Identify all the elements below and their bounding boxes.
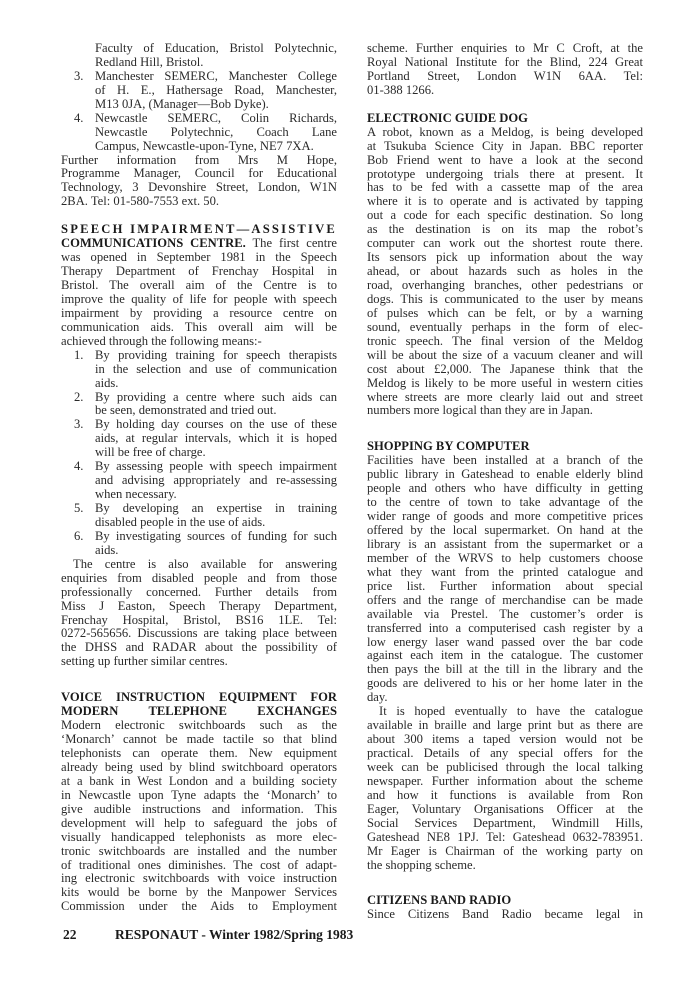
text-line: aids. xyxy=(61,544,337,558)
text-line: numbers more logical than they are in Ja… xyxy=(367,404,643,418)
text-line: Facilities have been installed at a bran… xyxy=(367,454,643,468)
text-fragment: The first centre xyxy=(246,236,337,250)
spacer xyxy=(61,669,337,691)
text-line: in Newcastle upon Tyne adapts the ‘Monar… xyxy=(61,789,337,803)
article-citizens-band-radio: CITIZENS BAND RADIO Since Citizens Band … xyxy=(367,894,643,922)
text-line: setting up further similar centres. xyxy=(61,655,337,669)
text-line: day. xyxy=(367,691,643,705)
text-line: Gateshead NE8 1PJ. Tel: Gateshead 0632-7… xyxy=(367,831,643,845)
text-line: By holding day courses on the use of the… xyxy=(61,418,337,432)
text-line: computer can work out the shortest route… xyxy=(367,237,643,251)
text-line: Social Services Department, Windmill Hil… xyxy=(367,817,643,831)
list-number: 4. xyxy=(74,112,83,126)
list-number: 3. xyxy=(74,70,83,84)
text-line: 2BA. Tel: 01-580-7553 ext. 50. xyxy=(61,195,337,209)
list-item: 1. By providing training for speech ther… xyxy=(61,349,337,391)
text-line: Royal National Institute for the Blind, … xyxy=(367,56,643,70)
text-line: will be about the size of a vacuum clean… xyxy=(367,349,643,363)
list-item: 5. By developing an expertise in trainin… xyxy=(61,502,337,530)
text-line: of H. E., Hathersage Road, Manchester, xyxy=(61,84,337,98)
text-line: kits would be borne by the Manpower Serv… xyxy=(61,886,337,900)
text-line: library is an assistant from the superma… xyxy=(367,538,643,552)
text-line: tronic speech. The final version of the … xyxy=(367,335,643,349)
text-line: COMMUNICATIONS CENTRE. The first centre xyxy=(61,237,337,251)
text-line: Since Citizens Band Radio became legal i… xyxy=(367,908,643,922)
text-line: at Tsukuba Science City in Japan. BBC re… xyxy=(367,140,643,154)
text-line: and how it functions is available from R… xyxy=(367,789,643,803)
article-heading: SPEECH IMPAIRMENT—ASSISTIVE xyxy=(61,223,337,237)
text-line: ‘Monarch’ cannot be made tactile so that… xyxy=(61,733,337,747)
list-number: 3. xyxy=(74,418,83,432)
text-line: 0272-565656. Discussions are taking plac… xyxy=(61,627,337,641)
text-line: offered by the local supermarket. On han… xyxy=(367,524,643,538)
text-line: The centre is also available for answeri… xyxy=(61,558,337,572)
text-line: Newcastle SEMERC, Colin Richards, xyxy=(61,112,337,126)
text-line: then pays the bill at the till in the li… xyxy=(367,663,643,677)
text-line: Portland Street, London W1N 6AA. Tel: xyxy=(367,70,643,84)
text-line: and advising appropriately and re-assess… xyxy=(61,474,337,488)
text-line: available in braille and large print but… xyxy=(367,719,643,733)
article-heading: CITIZENS BAND RADIO xyxy=(367,894,643,908)
list-item: 3. Manchester SEMERC, Manchester College… xyxy=(61,70,337,112)
text-line: Campus, Newcastle-upon-Tyne, NE7 7XA. xyxy=(61,140,337,154)
voice-instruction-continued: scheme. Further enquiries to Mr C Croft,… xyxy=(367,42,643,98)
text-line: Modern electronic switchboards such as t… xyxy=(61,719,337,733)
text-line: in the selection and use of communicatio… xyxy=(61,363,337,377)
article-heading: SHOPPING BY COMPUTER xyxy=(367,440,643,454)
text-line: where streets are more clearly laid out … xyxy=(367,391,643,405)
text-line: has to be fed with a cassette map of the… xyxy=(367,181,643,195)
text-line: people and others who have difficulty in… xyxy=(367,482,643,496)
text-line: Further information from Mrs M Hope, xyxy=(61,154,337,168)
text-line: offers and the range of merchandise can … xyxy=(367,594,643,608)
spacer xyxy=(367,418,643,440)
text-line: practical. Details of any special offers… xyxy=(367,747,643,761)
text-line: impairment by providing a resource centr… xyxy=(61,307,337,321)
text-line: member of the WRVS to help customers cho… xyxy=(367,552,643,566)
text-line: By investigating sources of funding for … xyxy=(61,530,337,544)
list-number: 2. xyxy=(74,391,83,405)
article-heading: ELECTRONIC GUIDE DOG xyxy=(367,112,643,126)
text-line: give audible instructions and informatio… xyxy=(61,803,337,817)
text-line: the shopping scheme. xyxy=(367,859,643,873)
list-item: 4. By assessing people with speech impai… xyxy=(61,460,337,502)
text-line: achieved through the following means:- xyxy=(61,335,337,349)
text-line: out a code for each specific destination… xyxy=(367,209,643,223)
text-line: will be free of charge. xyxy=(61,446,337,460)
text-line: Meldog is likely to be more useful in we… xyxy=(367,377,643,391)
text-line: what they want from the printed catalogu… xyxy=(367,566,643,580)
list-item: 4. Newcastle SEMERC, Colin Richards, New… xyxy=(61,112,337,154)
text-line: cost about £2,000. The Japanese think th… xyxy=(367,363,643,377)
text-line: against each item in the catalogue. The … xyxy=(367,649,643,663)
text-line: visually handicapped telephonists as mor… xyxy=(61,831,337,845)
text-line: prototype undergoing trials there at pre… xyxy=(367,168,643,182)
spacer xyxy=(61,209,337,223)
text-line: improve the quality of life for people w… xyxy=(61,293,337,307)
text-line: price list. Further information about sp… xyxy=(367,580,643,594)
text-line: telephonists can operate them. New equip… xyxy=(61,747,337,761)
article-voice-instruction: VOICE INSTRUCTION EQUIPMENT FOR MODERN T… xyxy=(61,691,337,914)
list-number: 4. xyxy=(74,460,83,474)
text-line: Therapy Department of Frenchay Hospital … xyxy=(61,265,337,279)
semerc-list: Faculty of Education, Bristol Polytechni… xyxy=(61,42,337,209)
text-line: available via Prestel. The customer’s or… xyxy=(367,608,643,622)
text-line: low energy laser wand passed over the ba… xyxy=(367,636,643,650)
article-speech-impairment: SPEECH IMPAIRMENT—ASSISTIVE COMMUNICATIO… xyxy=(61,223,337,669)
text-line: professionally concerned. Further detail… xyxy=(61,586,337,600)
page-number: 22 xyxy=(63,927,77,943)
text-line: Mr Eager is Chairman of the working part… xyxy=(367,845,643,859)
list-item: 2. By providing a centre where such aids… xyxy=(61,391,337,419)
text-line: communication aids. This overall aim wil… xyxy=(61,321,337,335)
spacer xyxy=(367,98,643,112)
text-line: Bristol. The overall aim of the Centre i… xyxy=(61,279,337,293)
article-heading: COMMUNICATIONS CENTRE. xyxy=(61,236,246,250)
list-number: 6. xyxy=(74,530,83,544)
left-column: Faculty of Education, Bristol Polytechni… xyxy=(61,42,337,914)
text-line: disabled people in the use of aids. xyxy=(61,516,337,530)
text-line: Its sensors pick up information about th… xyxy=(367,251,643,265)
text-line: development will help to safeguard the j… xyxy=(61,817,337,831)
text-line: By assessing people with speech impairme… xyxy=(61,460,337,474)
text-line: By providing training for speech therapi… xyxy=(61,349,337,363)
text-line: the DHSS and RADAR about the possibility… xyxy=(61,641,337,655)
text-line: to the centre of town to take advantage … xyxy=(367,496,643,510)
text-line: sound, eventually perhaps in the form of… xyxy=(367,321,643,335)
list-item: 6. By investigating sources of funding f… xyxy=(61,530,337,558)
text-line: dogs. This is communicated to the user b… xyxy=(367,293,643,307)
text-line: of pulses which can be felt, or by a war… xyxy=(367,307,643,321)
text-line: tronic switchboards are installed and th… xyxy=(61,845,337,859)
text-line: ahead, or about hazards such as holes in… xyxy=(367,265,643,279)
text-line: Bob Friend went to have a look at the se… xyxy=(367,154,643,168)
publication-title: RESPONAUT - Winter 1982/Spring 1983 xyxy=(115,927,353,943)
text-line: aids. xyxy=(61,377,337,391)
text-line: It is hoped eventually to have the catal… xyxy=(367,705,643,719)
text-line: where it is to operate and is activated … xyxy=(367,195,643,209)
text-line: By developing an expertise in training xyxy=(61,502,337,516)
text-line: M13 0JA, (Manager—Bob Dyke). xyxy=(61,98,337,112)
text-line: Manchester SEMERC, Manchester College xyxy=(61,70,337,84)
list-item: 3. By holding day courses on the use of … xyxy=(61,418,337,460)
text-line: By providing a centre where such aids ca… xyxy=(61,391,337,405)
list-number: 1. xyxy=(74,349,83,363)
text-line: Technology, 3 Devonshire Street, London,… xyxy=(61,181,337,195)
text-line: about 300 items a taped version would no… xyxy=(367,733,643,747)
text-line: Programme Manager, Council for Education… xyxy=(61,167,337,181)
text-line: Eager, Voluntary Organisations Officer a… xyxy=(367,803,643,817)
text-line: road, overhanging branches, other pedest… xyxy=(367,279,643,293)
text-line: Newcastle Polytechnic, Coach Lane xyxy=(61,126,337,140)
right-column: scheme. Further enquiries to Mr C Croft,… xyxy=(367,42,643,922)
text-line: week can be publicised through the local… xyxy=(367,761,643,775)
text-line: at a bank in West London and a building … xyxy=(61,775,337,789)
spacer xyxy=(367,872,643,894)
text-line: Frenchay Hospital, Bristol, BS16 1LE. Te… xyxy=(61,614,337,628)
text-line: Redland Hill, Bristol. xyxy=(61,56,337,70)
article-electronic-guide-dog: ELECTRONIC GUIDE DOG A robot, known as a… xyxy=(367,112,643,419)
text-line: enquiries from disabled people and from … xyxy=(61,572,337,586)
text-line: as the destination is on its map the rob… xyxy=(367,223,643,237)
text-line: newspaper. Further information about the… xyxy=(367,775,643,789)
text-line: be seen, demonstrated and tried out. xyxy=(61,404,337,418)
text-line: 01-388 1266. xyxy=(367,84,643,98)
text-line: wider range of goods and more competitiv… xyxy=(367,510,643,524)
article-shopping-by-computer: SHOPPING BY COMPUTER Facilities have bee… xyxy=(367,440,643,872)
text-line: was opened in September 1981 in the Spee… xyxy=(61,251,337,265)
text-line: A robot, known as a Meldog, is being dev… xyxy=(367,126,643,140)
text-line: ing electronic switchboards with voice i… xyxy=(61,872,337,886)
text-line: transferred into a computerised cash reg… xyxy=(367,622,643,636)
text-line: public library in Gateshead to enable el… xyxy=(367,468,643,482)
article-heading: MODERN TELEPHONE EXCHANGES xyxy=(61,705,337,719)
text-line: scheme. Further enquiries to Mr C Croft,… xyxy=(367,42,643,56)
text-line: aids, at regular intervals, which it is … xyxy=(61,432,337,446)
text-line: when necessary. xyxy=(61,488,337,502)
text-line: goods are delivered to his or her home l… xyxy=(367,677,643,691)
text-line: Miss J Easton, Speech Therapy Department… xyxy=(61,600,337,614)
list-number: 5. xyxy=(74,502,83,516)
text-line: Commission under the Aids to Employment xyxy=(61,900,337,914)
text-line: of traditional ones diminishes. The cost… xyxy=(61,859,337,873)
text-line: Faculty of Education, Bristol Polytechni… xyxy=(61,42,337,56)
article-heading: VOICE INSTRUCTION EQUIPMENT FOR xyxy=(61,691,337,705)
text-line: already being used by blind switchboard … xyxy=(61,761,337,775)
